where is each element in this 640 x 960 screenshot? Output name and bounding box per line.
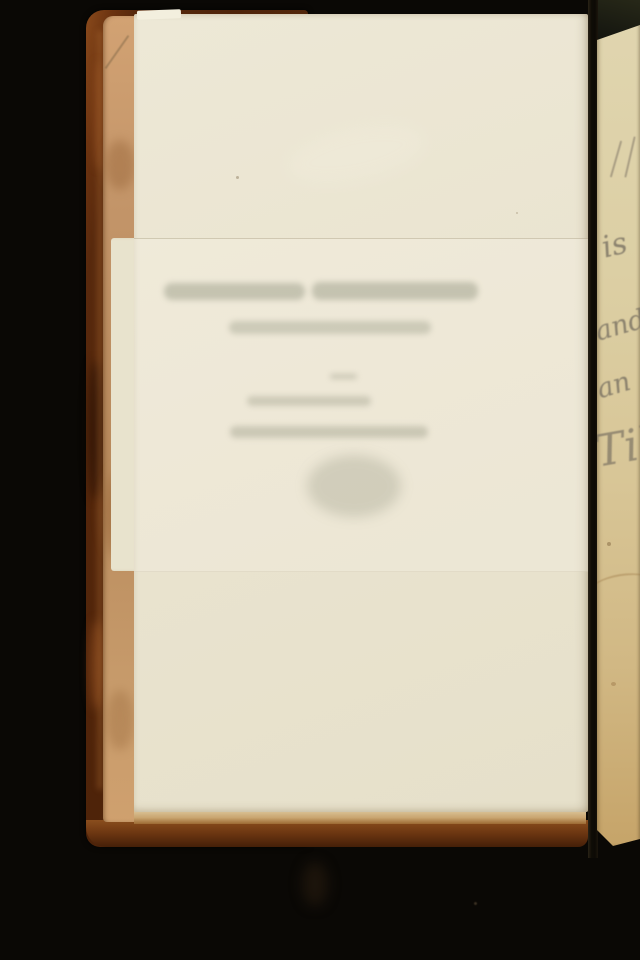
leather-cover-bottom-edge	[86, 820, 588, 847]
paper-speck	[236, 176, 239, 179]
crease-stain	[597, 569, 640, 607]
ghost-title-line-2	[229, 321, 431, 334]
paper-stain	[106, 690, 134, 750]
pencil-stroke	[624, 136, 635, 177]
pencil-stroke	[610, 140, 622, 177]
margin-smudge	[302, 862, 328, 906]
facing-page-strip: is and an Til	[597, 22, 640, 846]
ghost-title-line-4	[230, 426, 428, 438]
book-scan-canvas: is and an Til	[0, 0, 640, 960]
ghost-publisher-emblem	[307, 455, 401, 517]
handwriting-fragment: is	[598, 225, 631, 265]
paper-stain	[105, 140, 135, 190]
page-bottom-edge-shadow	[134, 810, 586, 824]
margin-speck	[474, 902, 477, 905]
ghost-title-line-1b	[312, 282, 478, 300]
handwriting-fragment: an	[597, 366, 634, 405]
ghost-divider	[330, 374, 357, 379]
paper-speck	[516, 212, 518, 214]
page-corner-highlight	[137, 9, 181, 20]
ghost-title-line-1a	[164, 283, 305, 300]
ghost-title-line-3	[247, 396, 371, 406]
gutter-shadow	[588, 0, 598, 858]
paper-speck	[607, 542, 611, 546]
paper-speck	[611, 682, 616, 686]
handwriting-fragment: Til	[597, 417, 640, 477]
handwriting-fragment: and	[597, 304, 640, 348]
